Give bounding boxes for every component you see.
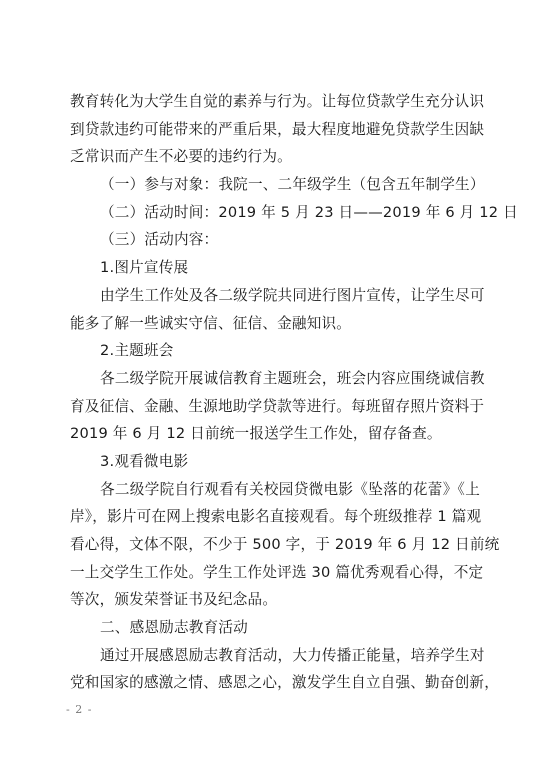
- paragraph-line: 岸》，影片可在网上搜索电影名直接观看。每个班级推荐 1 篇观: [70, 503, 480, 531]
- paragraph-line: 一上交学生工作处。学生工作处评选 30 篇优秀观看心得，不定: [70, 559, 480, 587]
- activity-content-heading: （三）活动内容：: [70, 226, 480, 254]
- paragraph-line: 各二级学院自行观看有关校园贷微电影《坠落的花蕾》《上: [70, 476, 480, 504]
- participants-line: （一）参与对象：我院一、二年级学生（包含五年制学生）: [70, 171, 480, 199]
- section-heading-picture-exhibition: 1.图片宣传展: [70, 254, 480, 282]
- paragraph-line: 党和国家的感激之情、感恩之心，激发学生自立自强、勤奋创新，: [70, 669, 480, 697]
- paragraph-line: 各二级学院开展诚信教育主题班会，班会内容应围绕诚信教: [70, 365, 480, 393]
- paragraph-line: 教育转化为大学生自觉的素养与行为。让每位贷款学生充分认识: [70, 88, 480, 116]
- page-number: - 2 -: [66, 703, 92, 716]
- activity-time-line: （二）活动时间：2019 年 5 月 23 日——2019 年 6 月 12 日: [70, 199, 480, 227]
- section-heading-class-meeting: 2.主题班会: [70, 337, 480, 365]
- paragraph-line: 育及征信、金融、生源地助学贷款等进行。每班留存照片资料于: [70, 393, 480, 421]
- paragraph-line: 到贷款违约可能带来的严重后果，最大程度地避免贷款学生因缺: [70, 116, 480, 144]
- paragraph-line: 通过开展感恩励志教育活动，大力传播正能量，培养学生对: [70, 642, 480, 670]
- paragraph-line: 等次，颁发荣誉证书及纪念品。: [70, 586, 480, 614]
- paragraph-line: 看心得，文体不限，不少于 500 字，于 2019 年 6 月 12 日前统: [70, 531, 480, 559]
- paragraph-line: 2019 年 6 月 12 日前统一报送学生工作处，留存备查。: [70, 420, 480, 448]
- document-body: 教育转化为大学生自觉的素养与行为。让每位贷款学生充分认识 到贷款违约可能带来的严…: [70, 88, 480, 697]
- paragraph-line: 由学生工作处及各二级学院共同进行图片宣传，让学生尽可: [70, 282, 480, 310]
- paragraph-line: 乏常识而产生不必要的违约行为。: [70, 143, 480, 171]
- section-heading-micro-film: 3.观看微电影: [70, 448, 480, 476]
- paragraph-line: 能多了解一些诚实守信、征信、金融知识。: [70, 310, 480, 338]
- section-heading-gratitude: 二、感恩励志教育活动: [70, 614, 480, 642]
